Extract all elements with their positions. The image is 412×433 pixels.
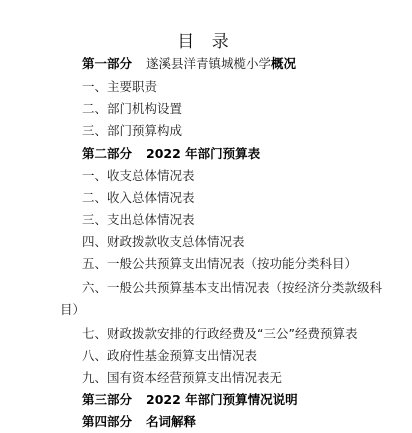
toc-part3-heading[interactable]: 第三部分2022 年部门预算情况说明 [82, 392, 298, 408]
toc-item[interactable]: 五、一般公共预算支出情况表（按功能分类科目） [82, 256, 357, 272]
toc-item-continuation[interactable]: 目） [60, 302, 85, 318]
toc-item[interactable]: 一、主要职责 [82, 79, 157, 95]
toc-item[interactable]: 七、财政拨款安排的行政经费及“三公”经费预算表 [82, 326, 357, 342]
toc-item[interactable]: 九、国有资本经营预算支出情况表无 [82, 370, 282, 386]
toc-item[interactable]: 二、部门机构设置 [82, 101, 182, 117]
toc-item[interactable]: 四、财政拨款收支总体情况表 [82, 234, 245, 250]
toc-item[interactable]: 一、收支总体情况表 [82, 168, 195, 184]
toc-part2-heading[interactable]: 第二部分2022 年部门预算表 [82, 146, 260, 162]
part3-name: 2022 年部门预算情况说明 [146, 392, 298, 407]
part2-label: 第二部分 [82, 146, 132, 161]
part4-name: 名词解释 [146, 414, 196, 429]
part2-name: 2022 年部门预算表 [146, 146, 260, 161]
part1-name-prefix: 遂溪县洋青镇城榄小学 [146, 56, 271, 71]
part1-label: 第一部分 [82, 56, 132, 71]
part3-label: 第三部分 [82, 392, 132, 407]
toc-page: 目 录 第一部分遂溪县洋青镇城榄小学概况 一、主要职责 二、部门机构设置 三、部… [0, 0, 412, 433]
toc-item[interactable]: 二、收入总体情况表 [82, 190, 195, 206]
toc-item[interactable]: 六、一般公共预算基本支出情况表（按经济分类款级科 [82, 280, 382, 296]
toc-item[interactable]: 八、政府性基金预算支出情况表 [82, 348, 257, 364]
toc-title: 目 录 [0, 32, 412, 52]
toc-item[interactable]: 三、支出总体情况表 [82, 212, 195, 228]
toc-part1-heading[interactable]: 第一部分遂溪县洋青镇城榄小学概况 [82, 56, 296, 72]
part1-name-suffix: 概况 [271, 56, 296, 71]
toc-part4-heading[interactable]: 第四部分名词解释 [82, 414, 196, 430]
part4-label: 第四部分 [82, 414, 132, 429]
toc-item[interactable]: 三、部门预算构成 [82, 123, 182, 139]
